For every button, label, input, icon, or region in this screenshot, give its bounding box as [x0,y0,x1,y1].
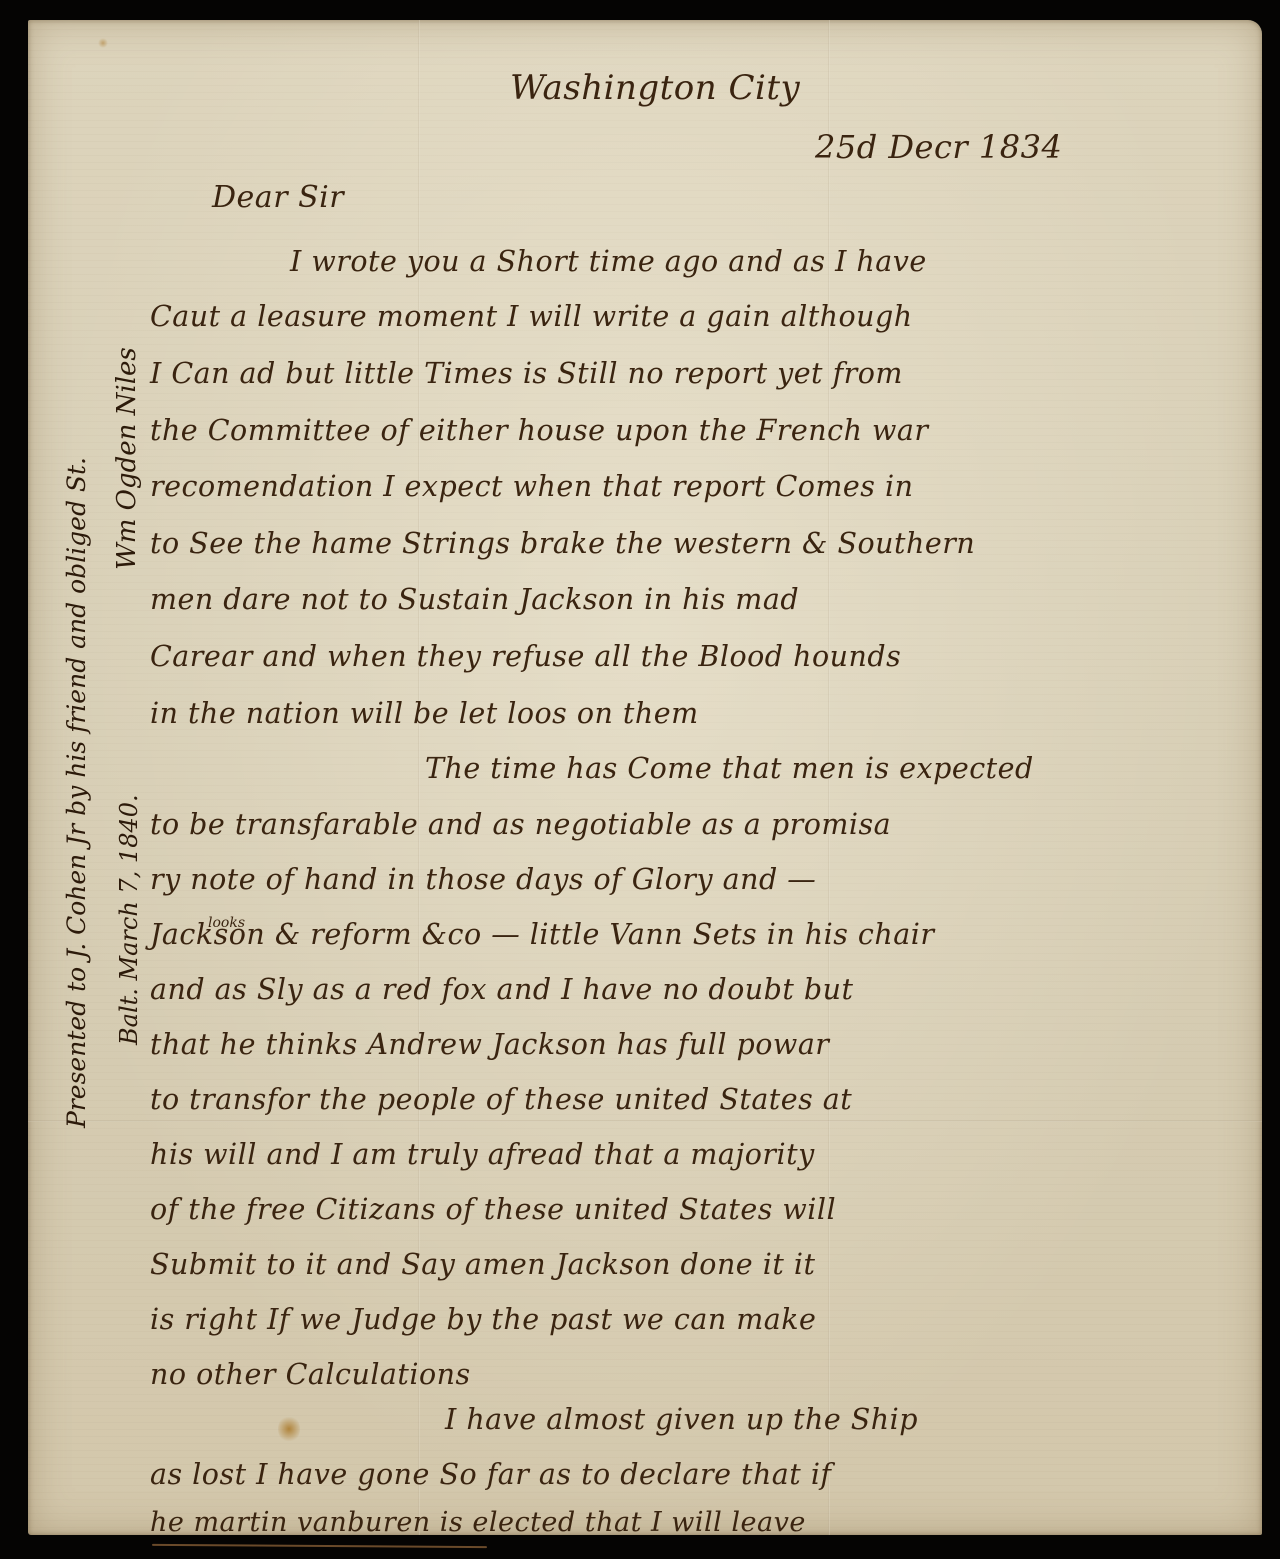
body-line: he martin vanburen is elected that I wil… [150,1507,806,1538]
body-line: ry note of hand in those days of Glory a… [150,863,816,896]
body-line: to See the hame Strings brake the wester… [150,527,975,560]
body-line: Submit to it and Say amen Jackson done i… [150,1248,815,1281]
body-line: Jackson & reform &co — little Vann Sets … [150,918,934,951]
body-line: no other Calculations [150,1358,471,1391]
ink-stain [278,1415,300,1443]
body-line: his will and I am truly afread that a ma… [150,1138,815,1171]
phrase-underline [152,1544,487,1548]
body-line: of the free Citizans of these united Sta… [150,1193,836,1226]
letter-date: 25d Decr 1834 [815,128,1062,166]
body-line: the Committee of either house upon the F… [150,414,929,447]
margin-note-presentation: Presented to J. Cohen Jr by his friend a… [62,457,91,1128]
salutation: Dear Sir [212,180,344,215]
body-line: is right If we Judge by the past we can … [150,1303,816,1336]
margin-note-signature: Wm Ogden Niles [112,347,142,570]
body-line: as lost I have gone So far as to declare… [150,1458,831,1491]
body-line: recomendation I expect when that report … [150,470,913,503]
body-line: men dare not to Sustain Jackson in his m… [150,583,799,616]
paper-spot [98,38,108,48]
fold-line-horizontal [28,1120,1262,1122]
body-line: I wrote you a Short time ago and as I ha… [290,245,927,278]
body-line: I have almost given up the Ship [445,1403,918,1436]
body-line: to be transfarable and as negotiable as … [150,808,891,841]
place-heading: Washington City [510,68,800,108]
body-line: in the nation will be let loos on them [150,697,699,730]
body-line: Carear and when they refuse all the Bloo… [150,640,901,673]
margin-note-date: Balt. March 7, 1840. [115,794,143,1045]
body-line: to transfor the people of these united S… [150,1083,852,1116]
body-line: Caut a leasure moment I will write a gai… [150,300,913,333]
interlinear-insert: looks [208,915,245,931]
body-line: and as Sly as a red fox and I have no do… [150,973,853,1006]
body-line: I Can ad but little Times is Still no re… [150,357,903,390]
body-line: The time has Come that men is expected [425,752,1034,785]
body-line: that he thinks Andrew Jackson has full p… [150,1028,829,1061]
